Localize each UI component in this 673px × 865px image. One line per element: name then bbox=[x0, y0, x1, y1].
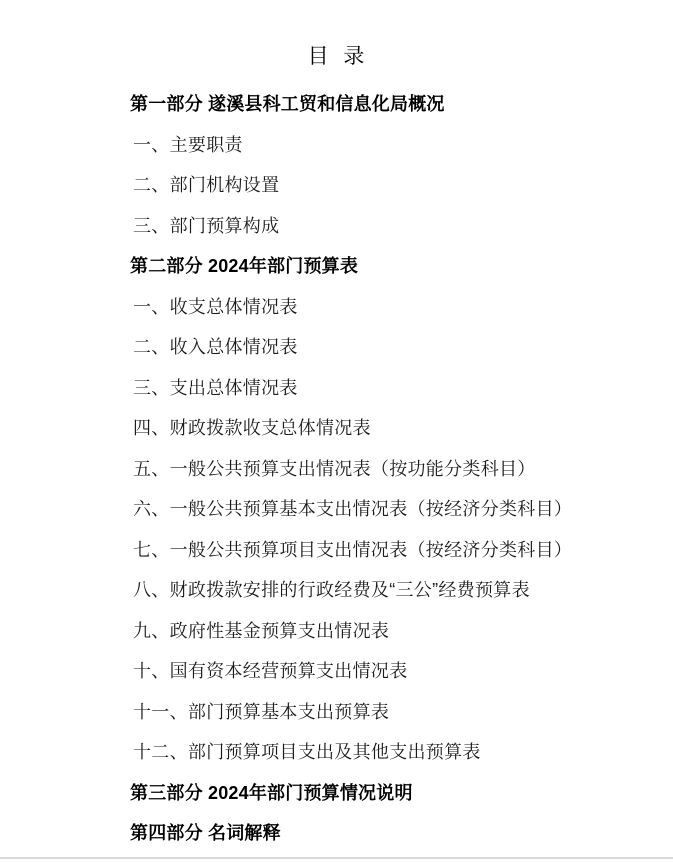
toc-entry: 四、财政拨款收支总体情况表 bbox=[130, 408, 643, 449]
toc-entry: 十二、部门预算项目支出及其他支出预算表 bbox=[130, 732, 643, 773]
toc-list: 第一部分 遂溪县科工贸和信息化局概况一、主要职责二、部门机构设置三、部门预算构成… bbox=[130, 84, 643, 854]
toc-entry: 一、收支总体情况表 bbox=[130, 287, 643, 328]
toc-entry: 七、一般公共预算项目支出情况表（按经济分类科目） bbox=[130, 530, 643, 571]
toc-entry: 二、部门机构设置 bbox=[130, 165, 643, 206]
toc-section-heading: 第二部分 2024年部门预算表 bbox=[130, 246, 643, 287]
toc-entry: 三、部门预算构成 bbox=[130, 206, 643, 247]
toc-entry: 六、一般公共预算基本支出情况表（按经济分类科目） bbox=[130, 489, 643, 530]
toc-entry: 九、政府性基金预算支出情况表 bbox=[130, 611, 643, 652]
toc-section-heading: 第三部分 2024年部门预算情况说明 bbox=[130, 773, 643, 814]
toc-entry: 十、国有资本经营预算支出情况表 bbox=[130, 651, 643, 692]
document-page: 目 录 第一部分 遂溪县科工贸和信息化局概况一、主要职责二、部门机构设置三、部门… bbox=[0, 0, 673, 865]
toc-section-heading: 第四部分 名词解释 bbox=[130, 813, 643, 854]
toc-entry: 一、主要职责 bbox=[130, 125, 643, 166]
toc-entry: 八、财政拨款安排的行政经费及“三公”经费预算表 bbox=[130, 570, 643, 611]
page-title: 目 录 bbox=[0, 40, 673, 70]
toc-entry: 十一、部门预算基本支出预算表 bbox=[130, 692, 643, 733]
toc-entry: 三、支出总体情况表 bbox=[130, 368, 643, 409]
toc-entry: 五、一般公共预算支出情况表（按功能分类科目） bbox=[130, 449, 643, 490]
toc-section-heading: 第一部分 遂溪县科工贸和信息化局概况 bbox=[130, 84, 643, 125]
toc-entry: 二、收入总体情况表 bbox=[130, 327, 643, 368]
page-bottom-edge bbox=[0, 857, 673, 859]
